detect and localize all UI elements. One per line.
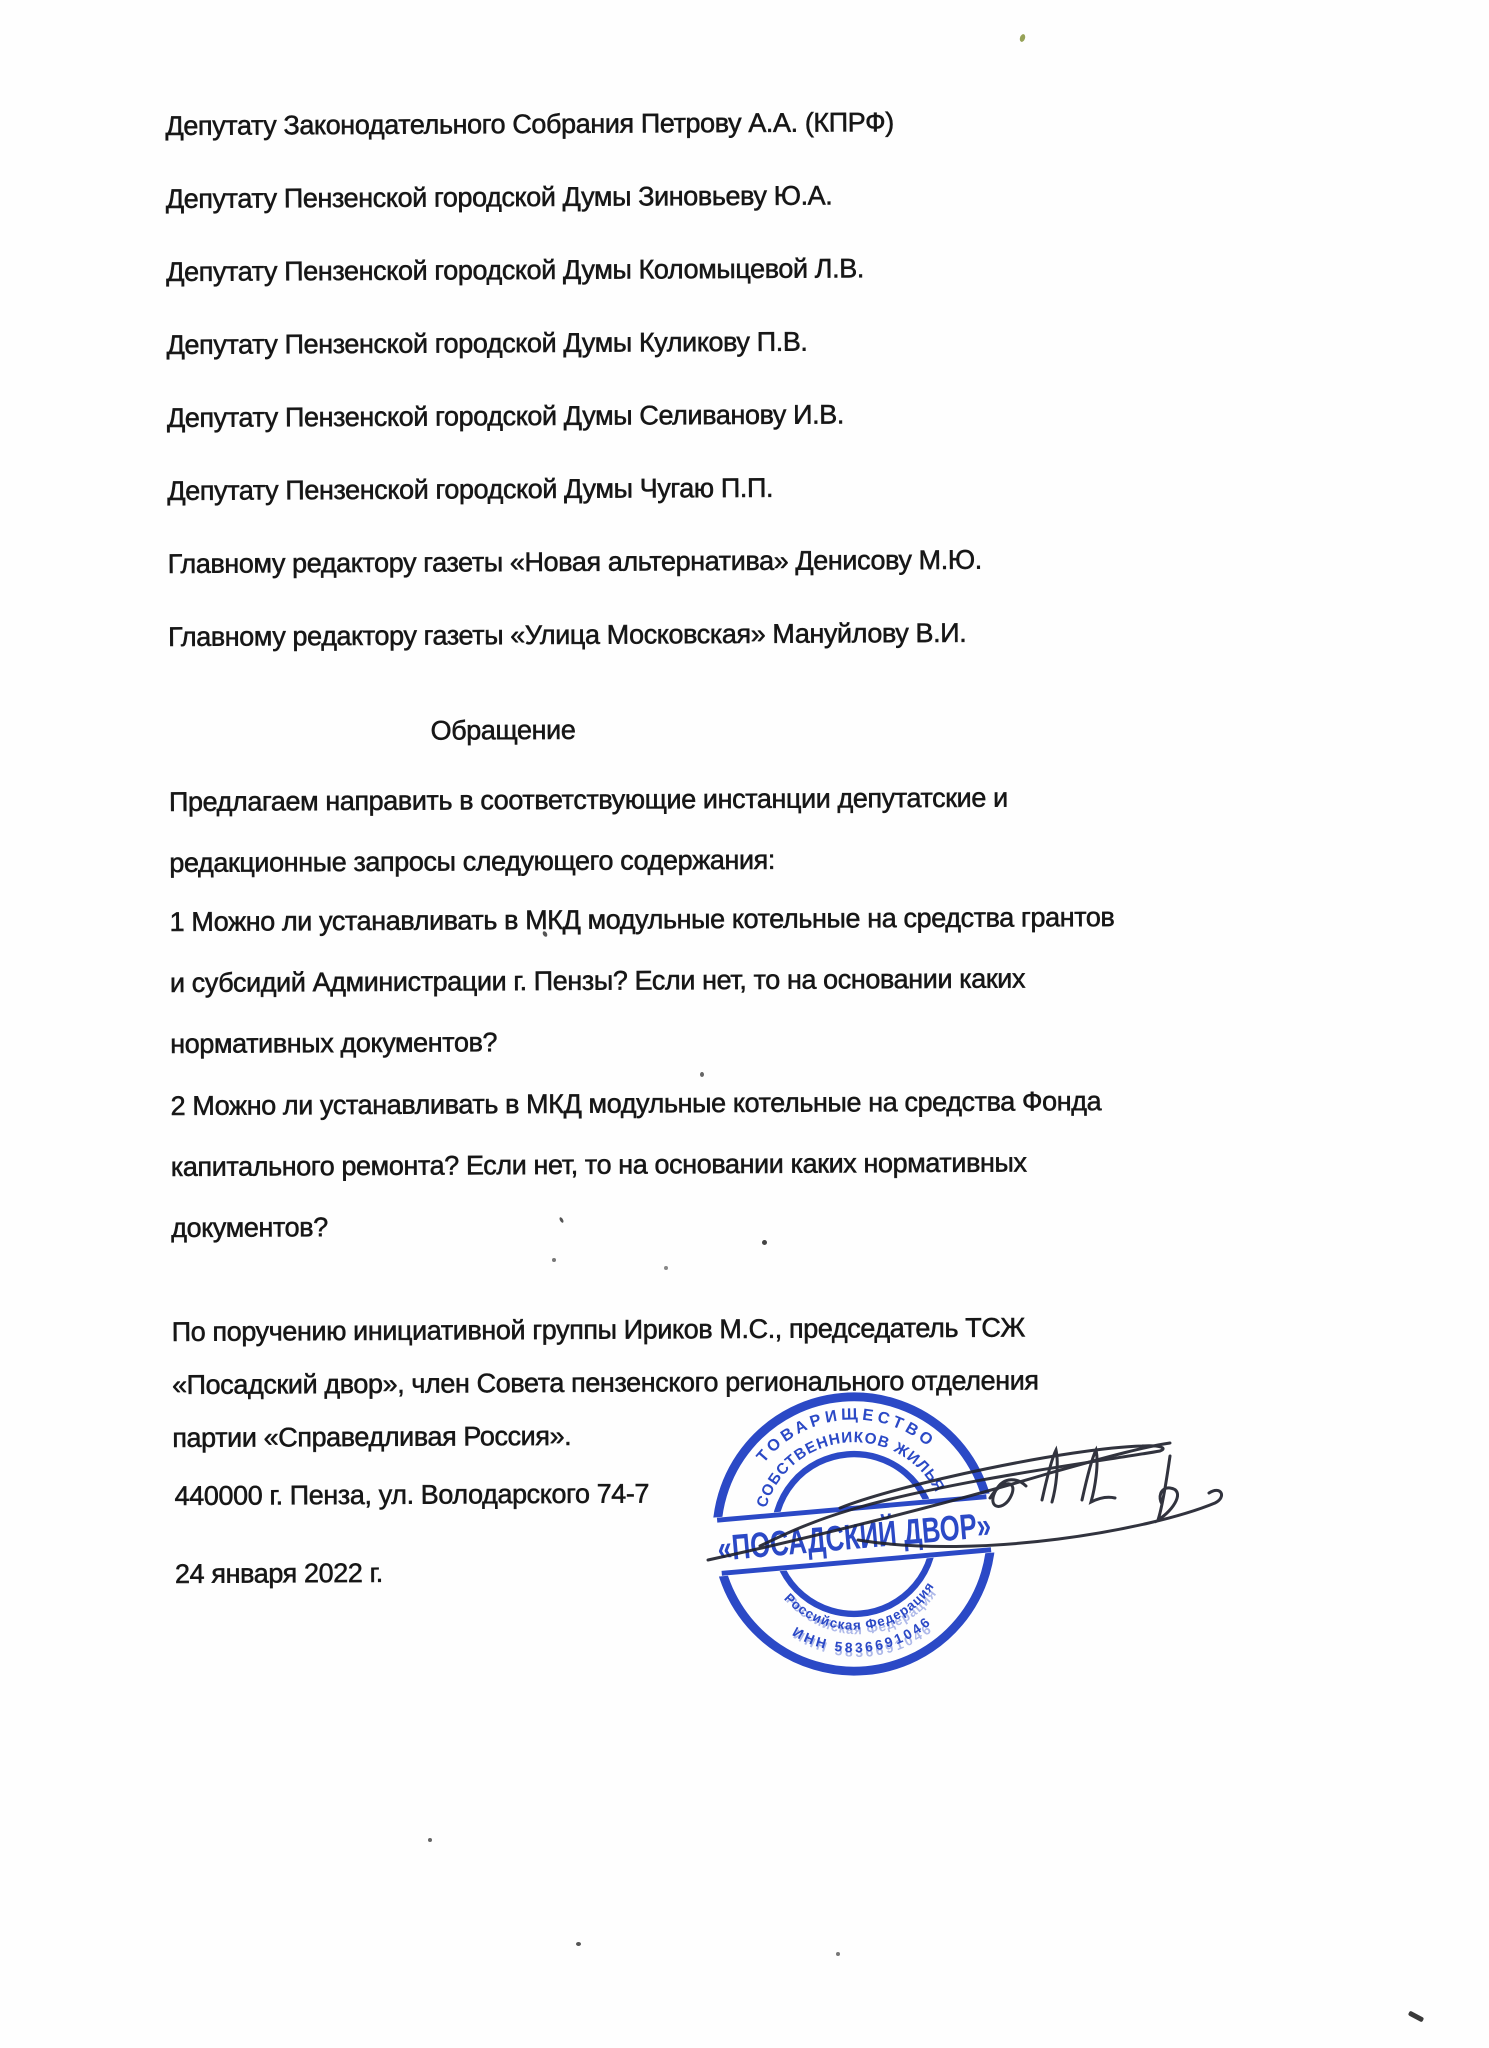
paragraph-line: и субсидий Администрации г. Пензы? Если … bbox=[170, 962, 1115, 1028]
scan-artifact bbox=[664, 1266, 668, 1270]
scan-artifact bbox=[700, 1072, 704, 1077]
scanned-document-page: Депутату Законодательного Собрания Петро… bbox=[0, 0, 1489, 2048]
scan-artifact bbox=[762, 1240, 767, 1245]
paragraph-line: редакционные запросы следующего содержан… bbox=[169, 843, 1008, 908]
signature-stroke bbox=[858, 1490, 1222, 1546]
question-2-paragraph: 2 Можно ли устанавливать в МКД модульные… bbox=[170, 1085, 1102, 1273]
signature-stroke bbox=[1158, 1456, 1178, 1520]
intro-paragraph: Предлагаем направить в соответствующие и… bbox=[169, 782, 1008, 908]
recipient-line: Главному редактору газеты «Новая альтерн… bbox=[168, 544, 982, 621]
recipient-line: Депутату Законодательного Собрания Петро… bbox=[165, 106, 979, 183]
signature-stroke bbox=[990, 1480, 1026, 1507]
sender-address: 440000 г. Пенза, ул. Володарского 74-7 bbox=[175, 1477, 650, 1511]
paragraph-line: Предлагаем направить в соответствующие и… bbox=[169, 782, 1008, 847]
document-date: 24 января 2022 г. bbox=[175, 1557, 383, 1590]
paragraph-line: документов? bbox=[171, 1207, 1102, 1273]
scan-artifact bbox=[552, 1258, 556, 1262]
recipient-line: Главному редактору газеты «Улица Московс… bbox=[168, 617, 982, 694]
recipient-line: Депутату Пензенской городской Думы Селив… bbox=[167, 398, 981, 475]
paragraph-line: капитального ремонта? Если нет, то на ос… bbox=[171, 1146, 1102, 1212]
recipient-line: Депутату Пензенской городской Думы Кулик… bbox=[166, 325, 980, 402]
recipient-line: Депутату Пензенской городской Думы Колом… bbox=[166, 252, 980, 329]
paragraph-line: нормативных документов? bbox=[170, 1023, 1115, 1089]
document-title: Обращение bbox=[431, 714, 576, 747]
recipients-block: Депутату Законодательного Собрания Петро… bbox=[165, 106, 982, 694]
scan-artifact bbox=[576, 1942, 581, 1946]
question-1-paragraph: 1 Можно ли устанавливать в МКД модульные… bbox=[170, 901, 1116, 1089]
recipient-line: Депутату Пензенской городской Думы Зинов… bbox=[166, 179, 980, 256]
document-content: Депутату Законодательного Собрания Петро… bbox=[0, 0, 1489, 2048]
handwritten-signature bbox=[690, 1388, 1330, 1588]
scan-artifact bbox=[836, 1952, 840, 1956]
paragraph-line: 1 Можно ли устанавливать в МКД модульные… bbox=[170, 901, 1115, 967]
paragraph-line: 2 Можно ли устанавливать в МКД модульные… bbox=[170, 1085, 1101, 1151]
scan-artifact bbox=[428, 1838, 432, 1842]
recipient-line: Депутату Пензенской городской Думы Чугаю… bbox=[167, 471, 981, 548]
paragraph-line: По поручению инициативной группы Ириков … bbox=[172, 1311, 1039, 1369]
